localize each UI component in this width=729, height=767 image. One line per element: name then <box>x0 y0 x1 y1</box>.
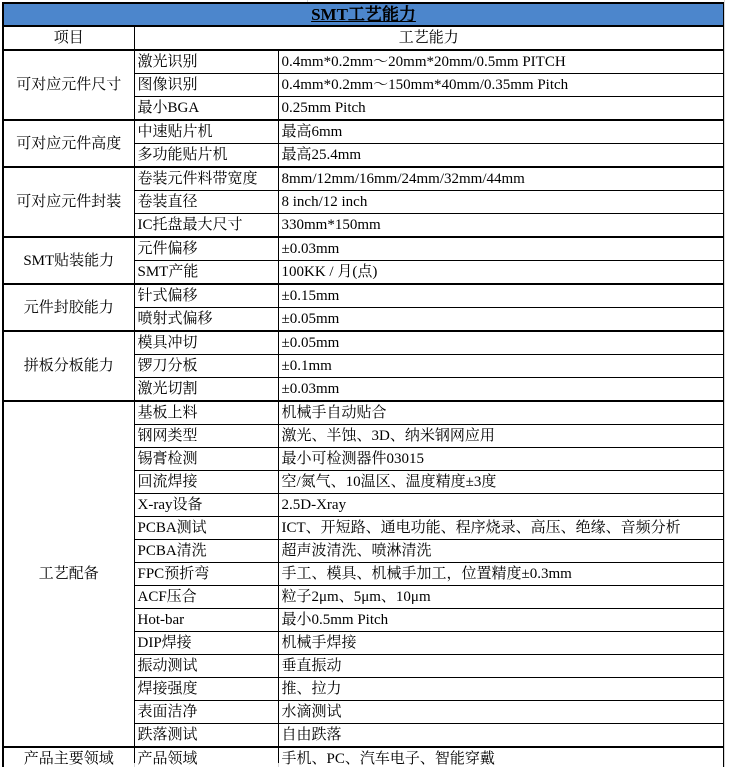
item-cell: 元件偏移 <box>134 237 278 261</box>
item-cell: 钢网类型 <box>134 425 278 448</box>
item-cell: 中速贴片机 <box>134 120 278 144</box>
category-cell: SMT贴装能力 <box>3 237 134 284</box>
spreadsheet-gridline <box>307 0 308 2</box>
table-row: 可对应元件高度中速贴片机最高6mm <box>3 120 724 144</box>
item-cell: 跌落测试 <box>134 724 278 748</box>
category-cell: 可对应元件尺寸 <box>3 50 134 120</box>
item-cell: 卷装直径 <box>134 191 278 214</box>
item-cell: 表面洁净 <box>134 701 278 724</box>
value-cell: 超声波清洗、喷淋清洗 <box>278 540 724 563</box>
item-cell: 产品领域 <box>134 747 278 767</box>
category-cell: 元件封胶能力 <box>3 284 134 331</box>
value-cell: ±0.15mm <box>278 284 724 308</box>
page: { "title": "SMT工艺能力", "header": { "item_… <box>0 0 729 767</box>
value-cell: 垂直振动 <box>278 655 724 678</box>
table-row: 工艺配备基板上料机械手自动贴合 <box>3 401 724 425</box>
spreadsheet-gridline <box>278 763 279 767</box>
category-cell: 产品主要领域 <box>3 747 134 767</box>
item-cell: 图像识别 <box>134 74 278 97</box>
value-cell: 手机、PC、汽车电子、智能穿戴 <box>278 747 724 767</box>
category-cell: 可对应元件封装 <box>3 167 134 237</box>
item-cell: X-ray设备 <box>134 494 278 517</box>
value-cell: 机械手自动贴合 <box>278 401 724 425</box>
value-cell: 激光、半蚀、3D、纳米钢网应用 <box>278 425 724 448</box>
page-title: SMT工艺能力 <box>3 3 724 26</box>
value-cell: 0.25mm Pitch <box>278 97 724 121</box>
item-cell: 回流焊接 <box>134 471 278 494</box>
spreadsheet-gridline <box>724 0 725 767</box>
value-cell: 手工、模具、机械手加工，位置精度±0.3mm <box>278 563 724 586</box>
value-cell: 机械手焊接 <box>278 632 724 655</box>
column-header-row: 项目 工艺能力 <box>3 26 724 50</box>
item-cell: 多功能贴片机 <box>134 144 278 168</box>
column-header-capability: 工艺能力 <box>134 26 724 50</box>
value-cell: 粒子2μm、5μm、10μm <box>278 586 724 609</box>
spreadsheet-gridline <box>134 763 135 767</box>
table-row: SMT贴装能力元件偏移±0.03mm <box>3 237 724 261</box>
value-cell: 最高6mm <box>278 120 724 144</box>
item-cell: DIP焊接 <box>134 632 278 655</box>
table-row: 产品主要领域产品领域手机、PC、汽车电子、智能穿戴 <box>3 747 724 767</box>
table-row: 可对应元件封装卷装元件料带宽度8mm/12mm/16mm/24mm/32mm/4… <box>3 167 724 191</box>
table-row: 拼板分板能力模具冲切±0.05mm <box>3 331 724 355</box>
value-cell: 0.4mm*0.2mm～150mm*40mm/0.35mm Pitch <box>278 74 724 97</box>
item-cell: 针式偏移 <box>134 284 278 308</box>
item-cell: 模具冲切 <box>134 331 278 355</box>
item-cell: 喷射式偏移 <box>134 308 278 332</box>
item-cell: FPC预折弯 <box>134 563 278 586</box>
item-cell: PCBA测试 <box>134 517 278 540</box>
item-cell: 焊接强度 <box>134 678 278 701</box>
item-cell: 锣刀分板 <box>134 355 278 378</box>
smt-capability-table: SMT工艺能力 项目 工艺能力 可对应元件尺寸激光识别0.4mm*0.2mm～2… <box>2 2 725 767</box>
value-cell: ±0.03mm <box>278 378 724 402</box>
table-row: 元件封胶能力针式偏移±0.15mm <box>3 284 724 308</box>
value-cell: 100KK / 月(点) <box>278 261 724 285</box>
smt-capability-table-wrap: SMT工艺能力 项目 工艺能力 可对应元件尺寸激光识别0.4mm*0.2mm～2… <box>2 2 725 767</box>
item-cell: SMT产能 <box>134 261 278 285</box>
category-cell: 可对应元件高度 <box>3 120 134 167</box>
table-row: 可对应元件尺寸激光识别0.4mm*0.2mm～20mm*20mm/0.5mm P… <box>3 50 724 74</box>
category-cell: 工艺配备 <box>3 401 134 747</box>
value-cell: ±0.1mm <box>278 355 724 378</box>
value-cell: 最小可检测器件03015 <box>278 448 724 471</box>
value-cell: 空/氮气、10温区、温度精度±3度 <box>278 471 724 494</box>
item-cell: 卷装元件料带宽度 <box>134 167 278 191</box>
value-cell: 330mm*150mm <box>278 214 724 238</box>
item-cell: Hot-bar <box>134 609 278 632</box>
item-cell: IC托盘最大尺寸 <box>134 214 278 238</box>
value-cell: 2.5D-Xray <box>278 494 724 517</box>
item-cell: 最小BGA <box>134 97 278 121</box>
category-cell: 拼板分板能力 <box>3 331 134 401</box>
value-cell: 推、拉力 <box>278 678 724 701</box>
item-cell: 激光切割 <box>134 378 278 402</box>
value-cell: 8mm/12mm/16mm/24mm/32mm/44mm <box>278 167 724 191</box>
item-cell: ACF压合 <box>134 586 278 609</box>
column-header-item: 项目 <box>3 26 134 50</box>
item-cell: 激光识别 <box>134 50 278 74</box>
item-cell: 锡膏检测 <box>134 448 278 471</box>
value-cell: ±0.05mm <box>278 331 724 355</box>
title-row: SMT工艺能力 <box>3 3 724 26</box>
value-cell: 8 inch/12 inch <box>278 191 724 214</box>
value-cell: 最高25.4mm <box>278 144 724 168</box>
item-cell: 振动测试 <box>134 655 278 678</box>
value-cell: 最小0.5mm Pitch <box>278 609 724 632</box>
value-cell: ICT、开短路、通电功能、程序烧录、高压、绝缘、音频分析 <box>278 517 724 540</box>
item-cell: 基板上料 <box>134 401 278 425</box>
item-cell: PCBA清洗 <box>134 540 278 563</box>
value-cell: 自由跌落 <box>278 724 724 748</box>
value-cell: ±0.05mm <box>278 308 724 332</box>
value-cell: 水滴测试 <box>278 701 724 724</box>
value-cell: ±0.03mm <box>278 237 724 261</box>
value-cell: 0.4mm*0.2mm～20mm*20mm/0.5mm PITCH <box>278 50 724 74</box>
